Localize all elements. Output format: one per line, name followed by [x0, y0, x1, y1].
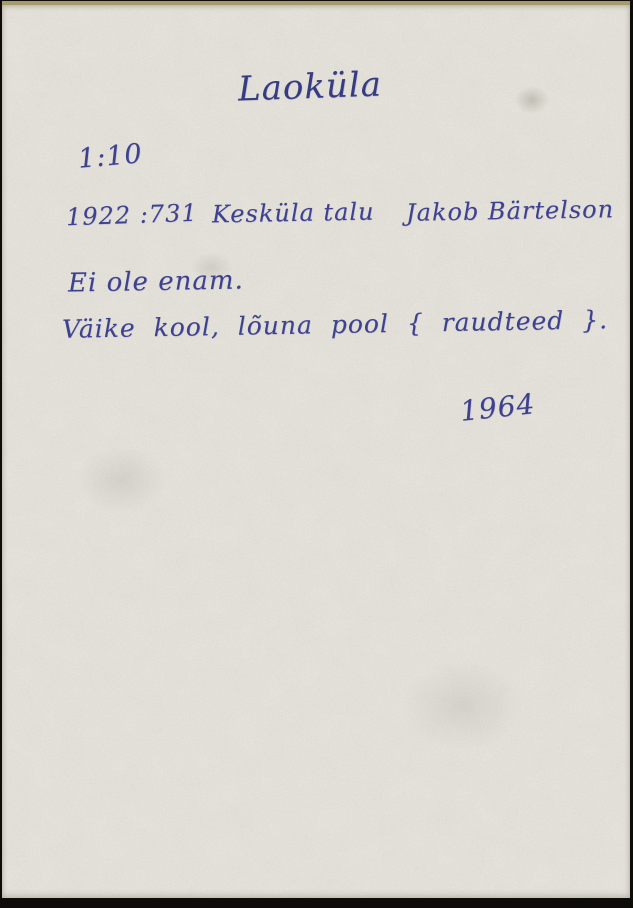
record-farm: Kesküla talu [212, 198, 375, 229]
year-note: 1964 [458, 387, 536, 428]
paper-stain [382, 645, 542, 765]
record-ref: 1922 :731 [66, 199, 199, 232]
note-line-2: Väike kool, lõuna pool { raudteed }. [62, 305, 609, 344]
scanned-page: Laoküla 1:10 1922 :731 Kesküla talu Jako… [0, 0, 633, 908]
paper: Laoküla 1:10 1922 :731 Kesküla talu Jako… [2, 1, 630, 898]
note-line-1: Ei ole enam. [68, 265, 244, 298]
paper-stain [507, 80, 557, 120]
scale-note: 1:10 [77, 138, 144, 175]
record-person: Jakob Bärtelson [406, 195, 615, 227]
paper-texture [2, 5, 630, 898]
paper-stain [62, 435, 182, 525]
document-title: Laoküla [237, 64, 382, 109]
